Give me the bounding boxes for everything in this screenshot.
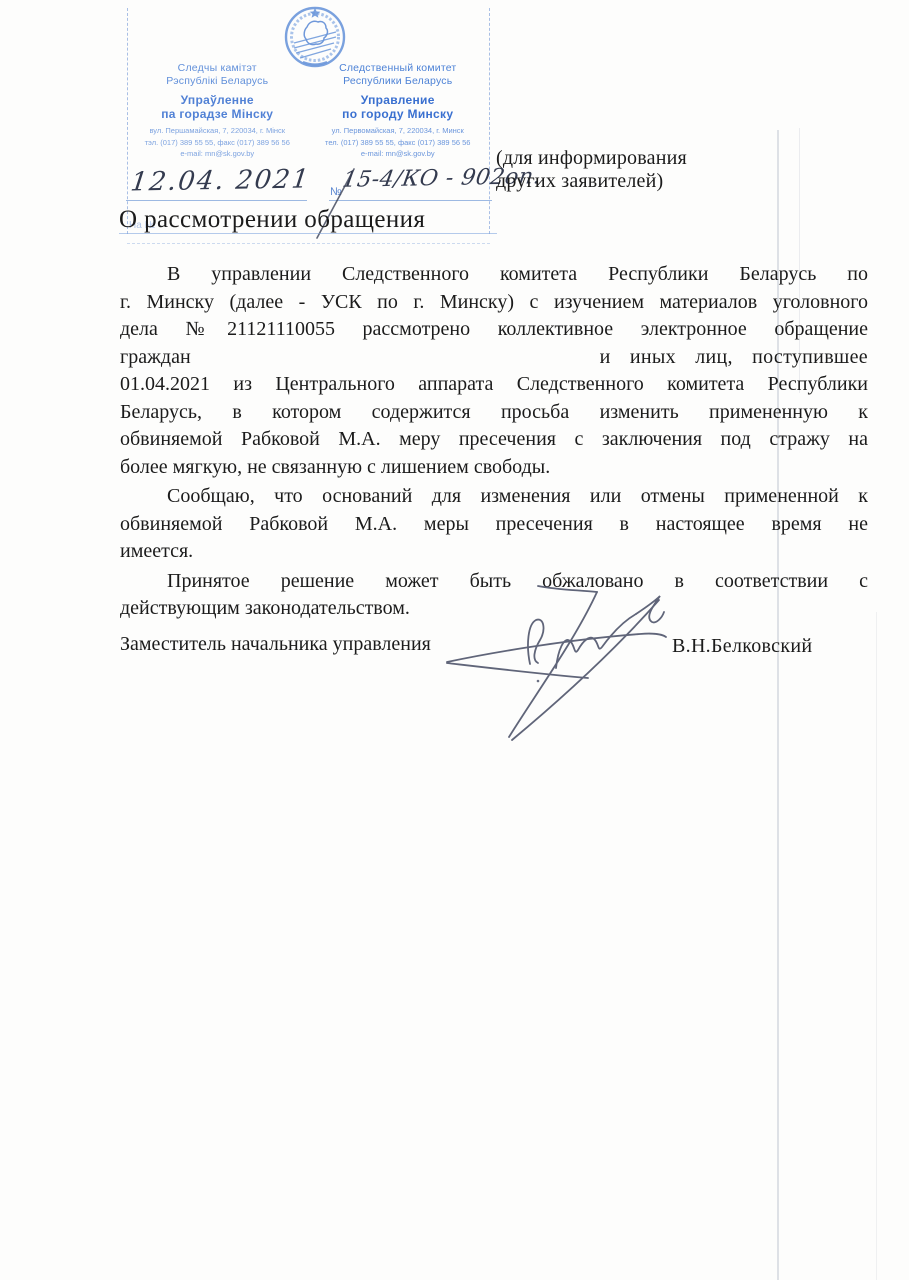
body-line: имеется. <box>120 538 868 566</box>
date-underline <box>126 200 307 201</box>
body-line: В управлении Следственного комитета Респ… <box>120 261 868 289</box>
subject-line: О рассмотрении обращения <box>119 206 425 234</box>
department-name: Управление по городу Минску <box>310 93 487 121</box>
org-name: Следчы камітэт Рэспублікі Беларусь <box>129 62 306 88</box>
body-line: Сообщаю, что оснований для изменения или… <box>120 483 868 511</box>
body-line-left: граждан <box>120 344 191 372</box>
body-line: 01.04.2021 из Центрального аппарата След… <box>120 371 868 399</box>
letterhead-column-russian: Следственный комитет Республики Беларусь… <box>308 62 489 160</box>
address-block: вул. Першамайская, 7, 220034, г. Мінск т… <box>129 125 306 160</box>
letterhead-columns: Следчы камітэт Рэспублікі Беларусь Упраў… <box>127 62 488 160</box>
stamp-bottom-dashes <box>127 243 490 244</box>
letterhead-column-belarusian: Следчы камітэт Рэспублікі Беларусь Упраў… <box>127 62 308 160</box>
scan-artifact-line <box>876 612 877 1280</box>
body-line: обвиняемой Рабковой М.А. меры пресечения… <box>120 511 868 539</box>
body-line-right: и иных лиц, поступившее <box>600 344 868 372</box>
body-line: обвиняемой Рабковой М.А. меру пресечения… <box>120 426 868 454</box>
body-paragraph: Сообщаю, что оснований для изменения или… <box>120 483 868 566</box>
org-name: Следственный комитет Республики Беларусь <box>310 62 487 88</box>
document-body: В управлении Следственного комитета Респ… <box>120 261 868 623</box>
subject-underline <box>119 233 497 234</box>
body-line: Беларусь, в котором содержится просьба и… <box>120 399 868 427</box>
handwritten-date: 12.04. 2021 <box>129 164 312 197</box>
signoff-name: В.Н.Белковский <box>672 635 812 658</box>
scanned-letter-page: Следчы камітэт Рэспублікі Беларусь Упраў… <box>0 0 909 1280</box>
address-block: ул. Первомайская, 7, 220034, г. Минск те… <box>310 125 487 160</box>
body-line: более мягкую, не связанную с лишением св… <box>120 454 868 482</box>
signoff-position-title: Заместитель начальника управления <box>120 633 431 656</box>
body-line: г. Минску (далее - УСК по г. Минску) с и… <box>120 289 868 317</box>
belarus-coat-of-arms-icon <box>280 4 350 70</box>
body-paragraph: В управлении Следственного комитета Респ… <box>120 261 868 481</box>
signature-ink <box>440 575 680 750</box>
recipient-note: (для информирования других заявителей) <box>496 147 687 192</box>
body-line: дела №21121110055 рассмотрено коллективн… <box>120 316 868 344</box>
body-line-redacted-gap: граждан и иных лиц, поступившее <box>120 344 868 372</box>
department-name: Упраўленне па горадзе Мінску <box>129 93 306 121</box>
